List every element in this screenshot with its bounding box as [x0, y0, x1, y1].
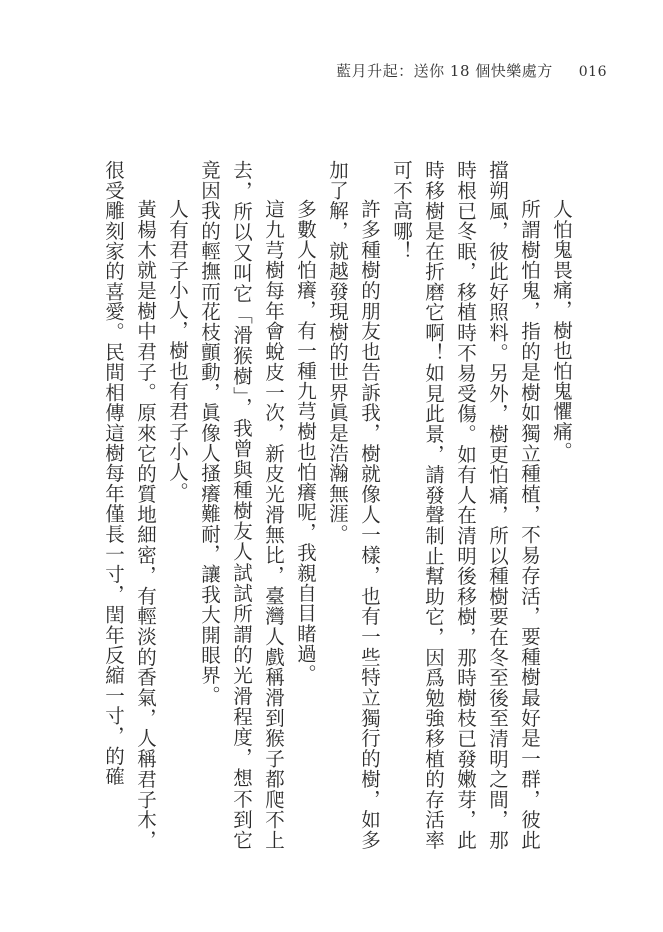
paragraph-5: 這九芎樹每年會蛻皮一次，新皮光滑無比，臺灣人戲稱滑到猴子都爬不上去，所以又叫它「… [193, 160, 289, 850]
paragraph-2: 所謂樹怕鬼，指的是樹如獨立種植，不易存活，要種樹最好是一群，彼此擋朔風，彼此好照… [385, 160, 545, 850]
body-text: 人怕鬼畏痛，樹也怕鬼懼痛。 所謂樹怕鬼，指的是樹如獨立種植，不易存活，要種樹最好… [97, 160, 577, 850]
paragraph-6: 人有君子小人，樹也有君子小人。 [161, 160, 193, 850]
paragraph-3: 許多種樹的朋友也告訴我，樹就像人一樣，也有一些特立獨行的樹，如多加了解，就越發現… [321, 160, 385, 850]
paragraph-4: 多數人怕癢，有一種九芎樹也怕癢呢，我親自目睹過。 [289, 160, 321, 850]
book-title: 藍月升起：送你 18 個快樂處方 [336, 60, 553, 81]
page-number: 016 [579, 64, 607, 80]
paragraph-7: 黃楊木就是樹中君子。原來它的質地細密，有輕淡的香氣，人稱君子木，很受雕刻家的喜愛… [97, 160, 161, 850]
running-header: 藍月升起：送你 18 個快樂處方 016 [336, 60, 607, 81]
paragraph-1: 人怕鬼畏痛，樹也怕鬼懼痛。 [545, 160, 577, 850]
